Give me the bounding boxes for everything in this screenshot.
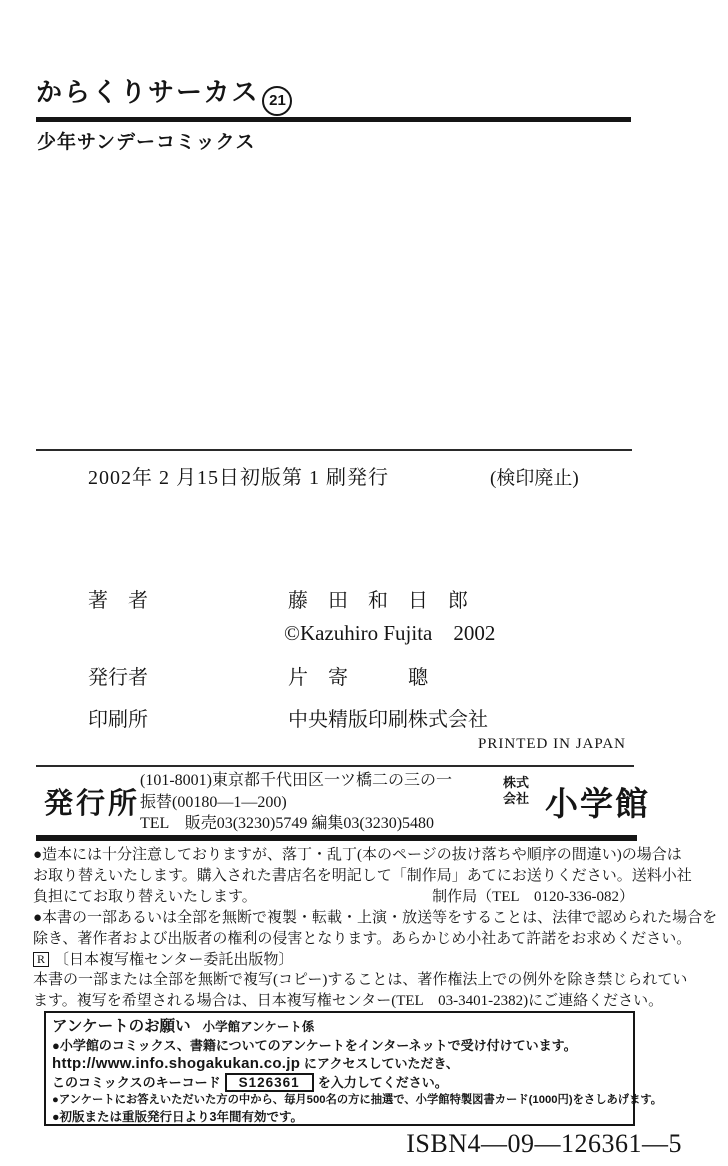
legal-notices: ●造本には十分注意しておりますが、落丁・乱丁(本のページの抜け落ちや順序の間違い… [33, 845, 634, 1012]
edition-divider-rule [36, 449, 632, 451]
isbn-number: ISBN4—09—126361—5 [406, 1129, 682, 1159]
imprint-label: 少年サンデーコミックス [37, 127, 255, 154]
publisher-postal-transfer: 振替(00180—1—200) [140, 792, 452, 814]
book-title: からくりサーカス21 [36, 72, 292, 116]
publisher-tel: TEL 販売03(3230)5749 編集03(3230)5480 [140, 813, 452, 835]
corp-type-stack: 株式 会社 [503, 775, 529, 807]
publisher-label: 発行者 [88, 661, 148, 690]
author-name: 藤 田 和 日 郎 [288, 584, 468, 613]
author-label: 著 者 [88, 584, 148, 613]
notice-defect-line3: 負担にてお取り替えいたします。 制作局（TEL 0120-336-082） [33, 887, 634, 908]
survey-keycode-line: このコミックスのキーコードS126361を入力してください。 [52, 1073, 627, 1092]
corp-type-top: 株式 [503, 775, 529, 791]
printer-name: 中央精版印刷株式会社 [288, 703, 488, 732]
survey-keycode-pre: このコミックスのキーコード [52, 1075, 221, 1090]
printed-in-japan: PRINTED IN JAPAN [478, 736, 626, 753]
survey-url-suffix: にアクセスしていただき、 [304, 1056, 459, 1071]
publisher-name: 片 寄 聰 [288, 661, 428, 690]
title-divider-rule [36, 117, 631, 122]
keycode-box: S126361 [225, 1073, 314, 1092]
survey-prize-line: ●アンケートにお答えいただいた方の中から、毎月500名の方に抽選で、小学館特製図… [52, 1092, 627, 1109]
printer-label: 印刷所 [88, 703, 148, 732]
edition-date: 2002年 2 月15日初版第 1 刷発行 [88, 461, 389, 490]
survey-intro-line: ●小学館のコミックス、書籍についてのアンケートをインターネットで受け付けています… [52, 1037, 627, 1055]
survey-validity-line: ●初版または重版発行日より3年間有効です。 [52, 1109, 627, 1126]
production-bureau-tel: 制作局（TEL 0120-336-082） [432, 887, 634, 908]
company-name: 小学館 [545, 778, 650, 825]
survey-url: http://www.info.shogakukan.co.jp [52, 1055, 300, 1072]
volume-circle-badge: 21 [262, 86, 292, 116]
survey-dept: 小学館アンケート係 [203, 1020, 315, 1034]
notice-defect-line2: お取り替えいたします。購入された書店名を明記して「制作局」あてにお送りください。… [33, 866, 634, 887]
corp-type-bottom: 会社 [503, 791, 529, 807]
registered-r-box-icon: R [33, 952, 49, 967]
copyright-line: ©Kazuhiro Fujita 2002 [284, 617, 495, 647]
notice-reproduction-line2: 除き、著作者および出版者の権利の侵害となります。あらかじめ小社あて許諾をお求めく… [33, 929, 634, 950]
inspection-stamp-note: (検印廃止) [490, 463, 579, 490]
publisher-address: (101-8001)東京都千代田区一ツ橋二の三の一 [140, 770, 452, 792]
publishing-house-label: 発行所 [44, 781, 140, 822]
copyright-center-entrust-text: 〔日本複写権センター委託出版物〕 [54, 952, 293, 968]
notice-reproduction-line1: ●本書の一部あるいは全部を無断で複製・転載・上演・放送等をすることは、法律で認め… [33, 908, 634, 929]
survey-title: アンケートのお願い [52, 1018, 191, 1035]
notice-defect-line3-left: 負担にてお取り替えいたします。 [33, 887, 257, 908]
notice-defect-line1: ●造本には十分注意しておりますが、落丁・乱丁(本のページの抜け落ちや順序の間違い… [33, 845, 634, 866]
survey-header-row: アンケートのお願い小学館アンケート係 [52, 1017, 627, 1037]
copyright-center-entrust-line: R〔日本複写権センター委託出版物〕 [33, 950, 634, 971]
notice-photocopy-line1: 本書の一部または全部を無断で複写(コピー)することは、著作権法上での例外を除き禁… [33, 970, 634, 991]
book-title-text: からくりサーカス [36, 77, 259, 107]
publisher-address-block: (101-8001)東京都千代田区一ツ橋二の三の一 振替(00180—1—200… [140, 770, 452, 835]
survey-url-line: http://www.info.shogakukan.co.jp にアクセスして… [52, 1055, 627, 1073]
notice-photocopy-line2: ます。複写を希望される場合は、日本複写権センター(TEL 03-3401-238… [33, 991, 634, 1012]
survey-request-box: アンケートのお願い小学館アンケート係 ●小学館のコミックス、書籍についてのアンケ… [44, 1011, 635, 1126]
publisher-block-top-rule [36, 765, 634, 767]
publisher-block-bottom-rule [36, 835, 637, 841]
survey-keycode-post: を入力してください。 [318, 1075, 448, 1090]
